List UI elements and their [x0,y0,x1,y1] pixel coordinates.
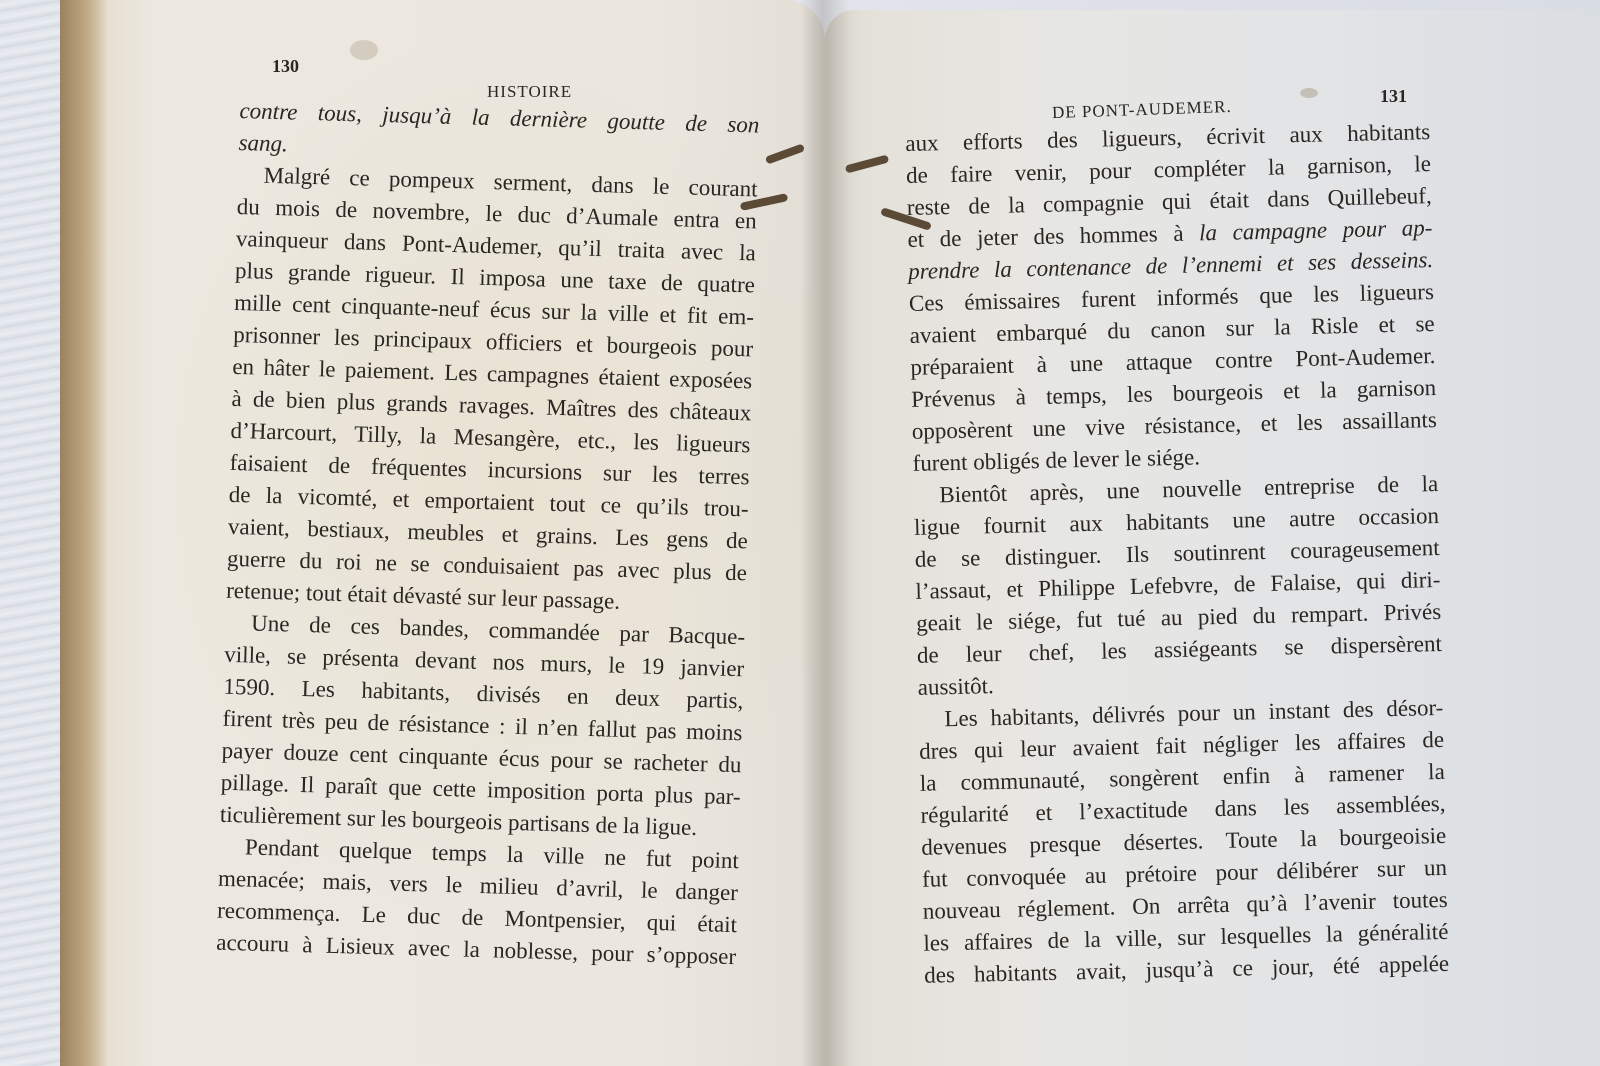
book-gutter [800,0,850,1066]
open-book: 130 HISTOIRE DE PONT-AUDEMER. 131 contre… [0,0,1600,1066]
page-number-left: 130 [272,56,299,77]
page-number-right: 131 [1380,86,1407,107]
running-head-left: HISTOIRE [487,82,572,102]
left-page-body: contre tous, jusqu’à la dernière goutte … [216,95,760,973]
foxing-stain [1300,88,1318,98]
foxing-stain [350,40,378,60]
right-page-body: aux efforts des ligueurs, écrivit aux ha… [905,116,1449,992]
page-edge-stain [60,0,108,1066]
